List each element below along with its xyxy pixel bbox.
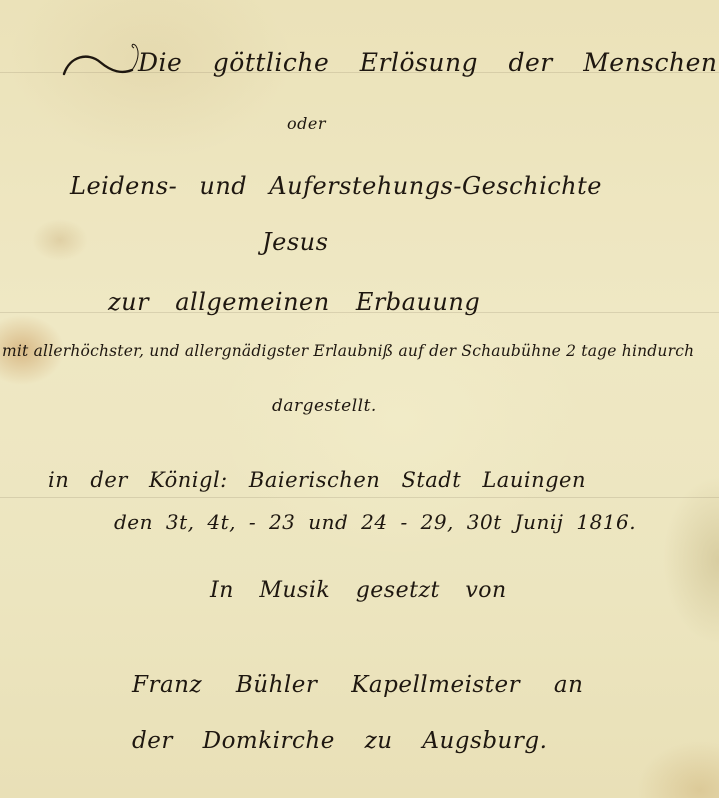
title-line-1: Die göttliche Erlösung der Menschen (138, 48, 718, 77)
composer-line-2: der Domkirche zu Augsburg. (132, 728, 547, 754)
conjunction-oder: oder (287, 114, 326, 133)
title-line-3: Jesus (262, 228, 328, 256)
permission-line: mit allerhöchster, und allergnädigster E… (2, 342, 694, 360)
manuscript-page: Die göttliche Erlösung der Menschen oder… (0, 0, 719, 798)
music-credit-line: In Musik gesetzt von (210, 578, 507, 603)
opening-flourish-icon (60, 40, 140, 80)
title-line-2: Leidens- und Auferstehungs-Geschichte (70, 172, 602, 200)
presented-line: dargestellt. (272, 396, 377, 416)
faint-ruled-line (0, 497, 719, 498)
purpose-line: zur allgemeinen Erbauung (108, 288, 480, 316)
dates-line: den 3t, 4t, - 23 und 24 - 29, 30t Junij … (114, 510, 636, 534)
place-line: in der Königl: Baierischen Stadt Lauinge… (48, 468, 586, 492)
composer-line-1: Franz Bühler Kapellmeister an (132, 672, 583, 698)
